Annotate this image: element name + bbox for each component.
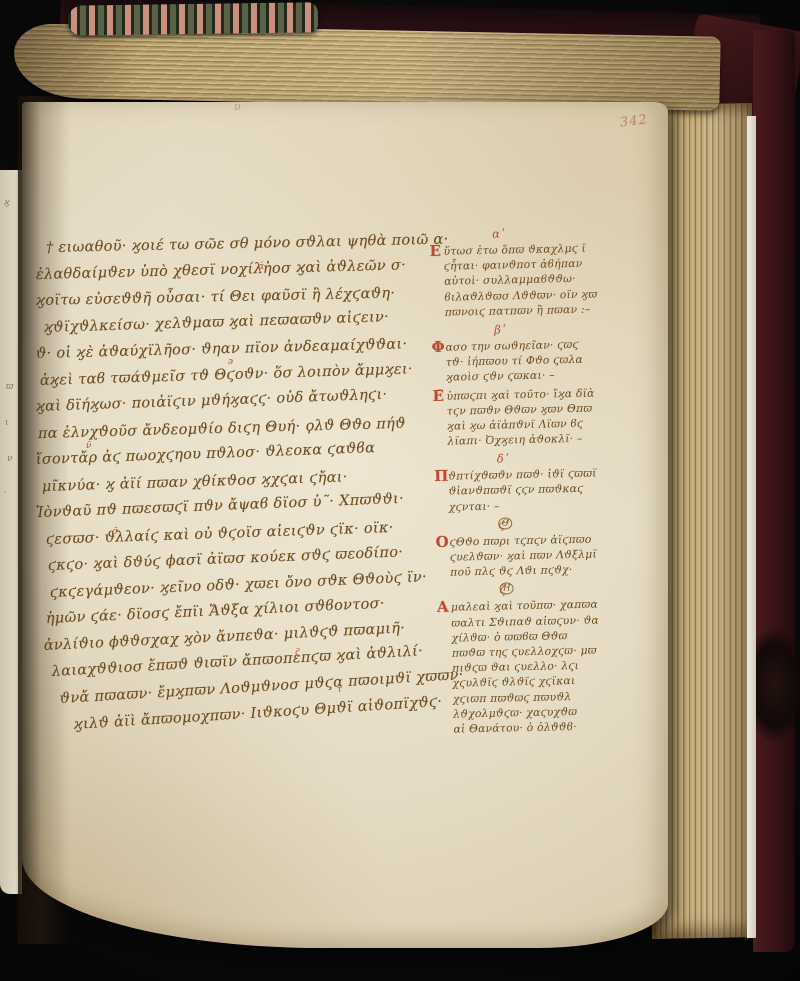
rubric-mark: τ̄	[337, 685, 342, 695]
scholion-line: λϊαπι· Ὀχϗειη ἀϑοκλϊ· –	[447, 431, 634, 450]
scholion-line: αἱ Θανάτου· ὁ ὀλϑϑϐ·	[453, 719, 640, 738]
drop-cap-initial: Ε̄	[432, 386, 444, 404]
drop-cap-initial: Α	[437, 598, 449, 616]
facing-page-text-trace: ι	[5, 418, 9, 428]
scholion-section: Πϑπτίχϑϖϑν πϖϑ· ἰϑϊ ϛϖϖϊϑἰανϑπϖϑϊ ϛϛν πϖ…	[435, 466, 636, 516]
scholion-line: χϛνται· –	[449, 496, 636, 515]
scholion-section: Φασο την σωϑηεῖαν· ϛϖϛτϑ· ἰήπϖου τί Φϑο …	[432, 337, 633, 387]
drop-cap-initial: Ε	[429, 242, 441, 260]
section-ornament-icon: Θ	[498, 517, 512, 529]
manuscript-page: 342 υ † ειωαθοῦ· ϗοιέ τω σῶε σθ μόνο σϑλ…	[22, 102, 668, 948]
section-number: δʹ	[497, 452, 511, 466]
drop-cap-initial: Ο	[435, 532, 448, 550]
marginal-commentary-column: αʹΕὕτωσ ἑτω ὅπϖ ϑκαχλμϛ ϊϛἦται· φαινϑποτ…	[430, 224, 641, 741]
stray-mark: υ	[234, 100, 241, 113]
page-edge-white-strip	[747, 116, 756, 938]
scholion-section: ΟϛΘϑο πϖρι τϛπϛν ἀϊϛπϖοϛυελϑϖν· ϗαὶ πϖν …	[436, 532, 637, 582]
photo-backdrop: ϗϖιν· 342 υ † ειωαθοῦ· ϗοιέ τω σῶε σθ μό…	[0, 0, 800, 981]
section-number: αʹ	[492, 226, 507, 240]
drop-cap-initial: Φ	[431, 338, 444, 356]
scholion-section: Αμαλεαὶ ϗαὶ τοῦπϖ· χαπϖαϖαλτι Σϑιπαϑ αἰϖ…	[438, 597, 641, 738]
facing-page-text-trace: ϗ	[4, 198, 10, 208]
facing-page-text-trace: ϖ	[6, 382, 13, 392]
scholion-line: ϗαοὶσ ϛϑν ϛϖκαι· –	[446, 367, 633, 386]
rubric-mark: ϶	[228, 357, 233, 367]
book-cover-right	[753, 30, 795, 952]
rubric-mark: ν̄	[86, 441, 91, 451]
scholion-section: Εὕτωσ ἑτω ὅπϖ ϑκαχλμϛ ϊϛἦται· φαινϑποτ ἀ…	[430, 241, 632, 321]
rubric-mark: ϛ̄	[295, 648, 300, 658]
page-edges-top	[13, 23, 720, 111]
endband	[68, 2, 318, 35]
scholion-line: πϖνοιϛ πατπϖν ἢ πϖαν :–	[445, 302, 632, 321]
section-number: βʹ	[494, 322, 508, 336]
scholion-section: Ε̄ὑπϖϛπι ϗαὶ τοῦτο· ἵϗα δϊὰτϛν πϖϑν Θϑϖν…	[433, 385, 634, 450]
rubric-mark: ά	[258, 262, 264, 272]
facing-page-text-trace: ν	[7, 454, 12, 464]
facing-page-sliver: ϗϖιν·	[0, 170, 22, 894]
facing-page-text-trace: ·	[4, 488, 7, 498]
folio-number: 342	[619, 112, 648, 130]
main-text-column: † ειωαθοῦ· ϗοιέ τω σῶε σθ μόνο σϑλαι ψηθ…	[36, 240, 432, 744]
scholion-line: ποῦ πλϛ ϑϛ Λϑι πϛϑχ·	[450, 562, 637, 581]
section-number: ζʹ	[499, 583, 513, 597]
drop-cap-initial: Π	[434, 467, 449, 485]
rubric-mark: σ̄	[112, 527, 118, 537]
